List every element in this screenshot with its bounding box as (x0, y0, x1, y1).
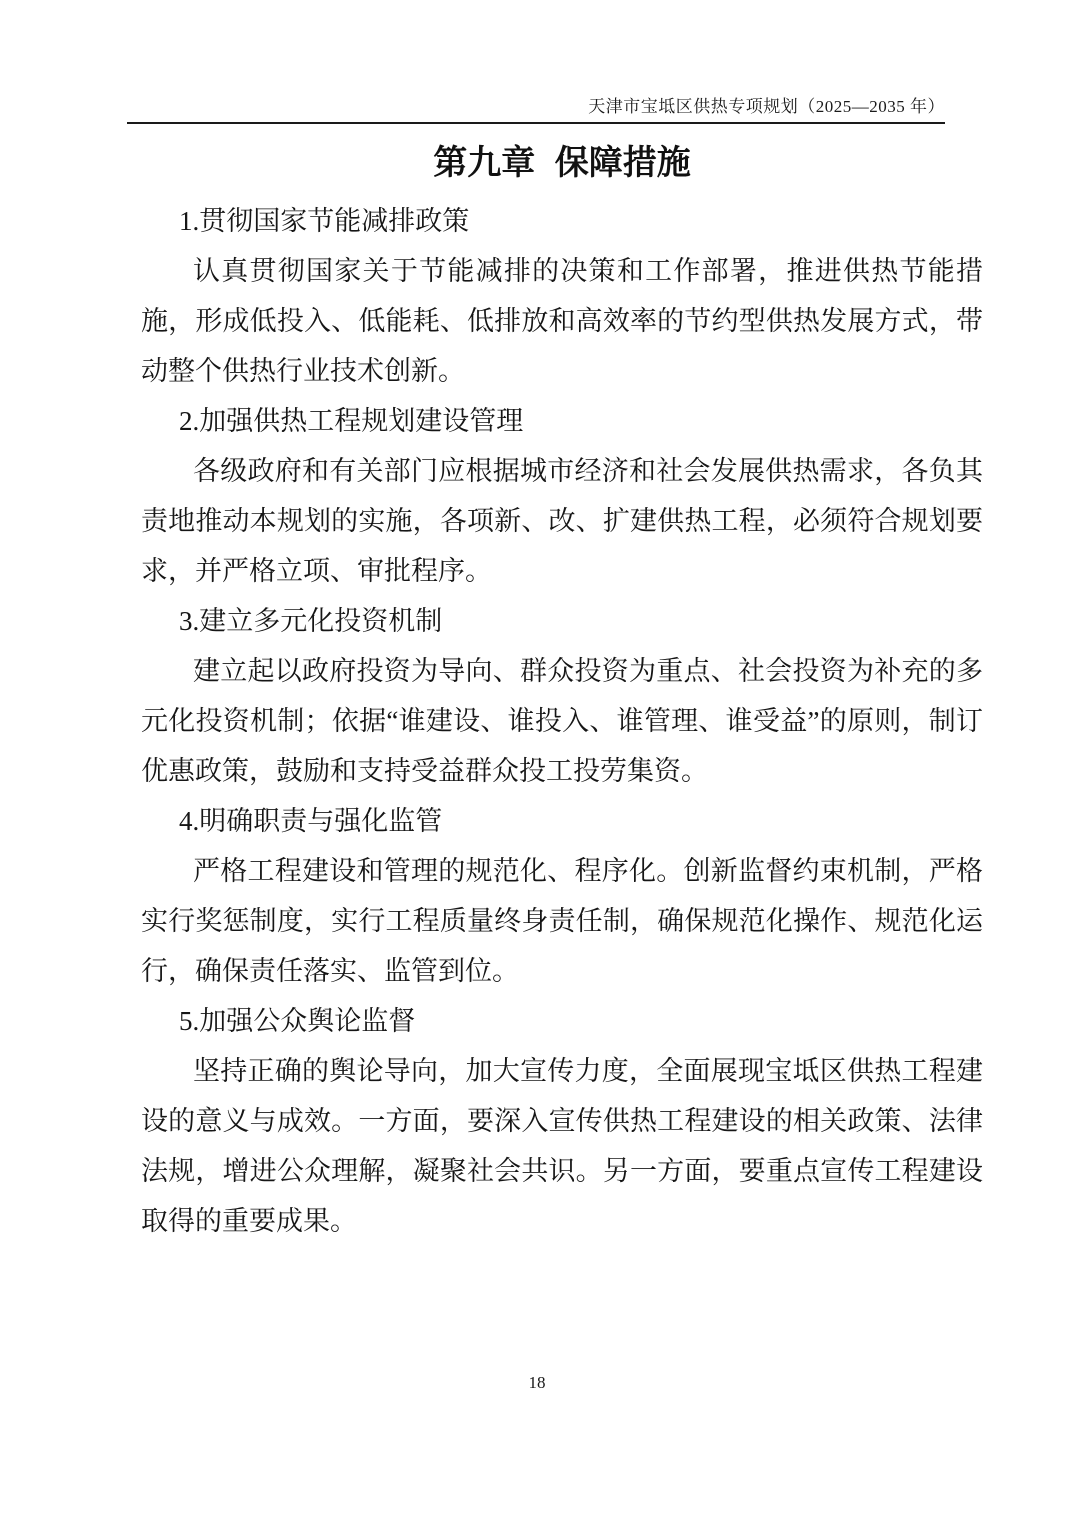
section-heading: 1.贯彻国家节能减排政策 (141, 196, 983, 246)
section-heading: 2.加强供热工程规划建设管理 (141, 396, 983, 446)
section-heading: 5.加强公众舆论监督 (141, 996, 983, 1046)
section-paragraph: 认真贯彻国家关于节能减排的决策和工作部署，推进供热节能措施，形成低投入、低能耗、… (141, 246, 983, 396)
document-body: 1.贯彻国家节能减排政策 认真贯彻国家关于节能减排的决策和工作部署，推进供热节能… (141, 196, 983, 1246)
page-number: 18 (0, 1372, 1074, 1394)
section-heading: 4.明确职责与强化监管 (141, 796, 983, 846)
section-paragraph: 坚持正确的舆论导向，加大宣传力度，全面展现宝坻区供热工程建设的意义与成效。一方面… (141, 1046, 983, 1246)
section-paragraph: 严格工程建设和管理的规范化、程序化。创新监督约束机制，严格实行奖惩制度，实行工程… (141, 846, 983, 996)
section-paragraph: 各级政府和有关部门应根据城市经济和社会发展供热需求，各负其责地推动本规划的实施，… (141, 446, 983, 596)
section-paragraph: 建立起以政府投资为导向、群众投资为重点、社会投资为补充的多元化投资机制；依据“谁… (141, 646, 983, 796)
page-header-text: 天津市宝坻区供热专项规划（2025—2035 年） (588, 97, 945, 116)
section-heading: 3.建立多元化投资机制 (141, 596, 983, 646)
document-page: 天津市宝坻区供热专项规划（2025—2035 年） 第九章 保障措施 1.贯彻国… (0, 0, 1074, 1520)
page-header: 天津市宝坻区供热专项规划（2025—2035 年） (127, 96, 945, 124)
chapter-title: 第九章 保障措施 (141, 140, 983, 186)
